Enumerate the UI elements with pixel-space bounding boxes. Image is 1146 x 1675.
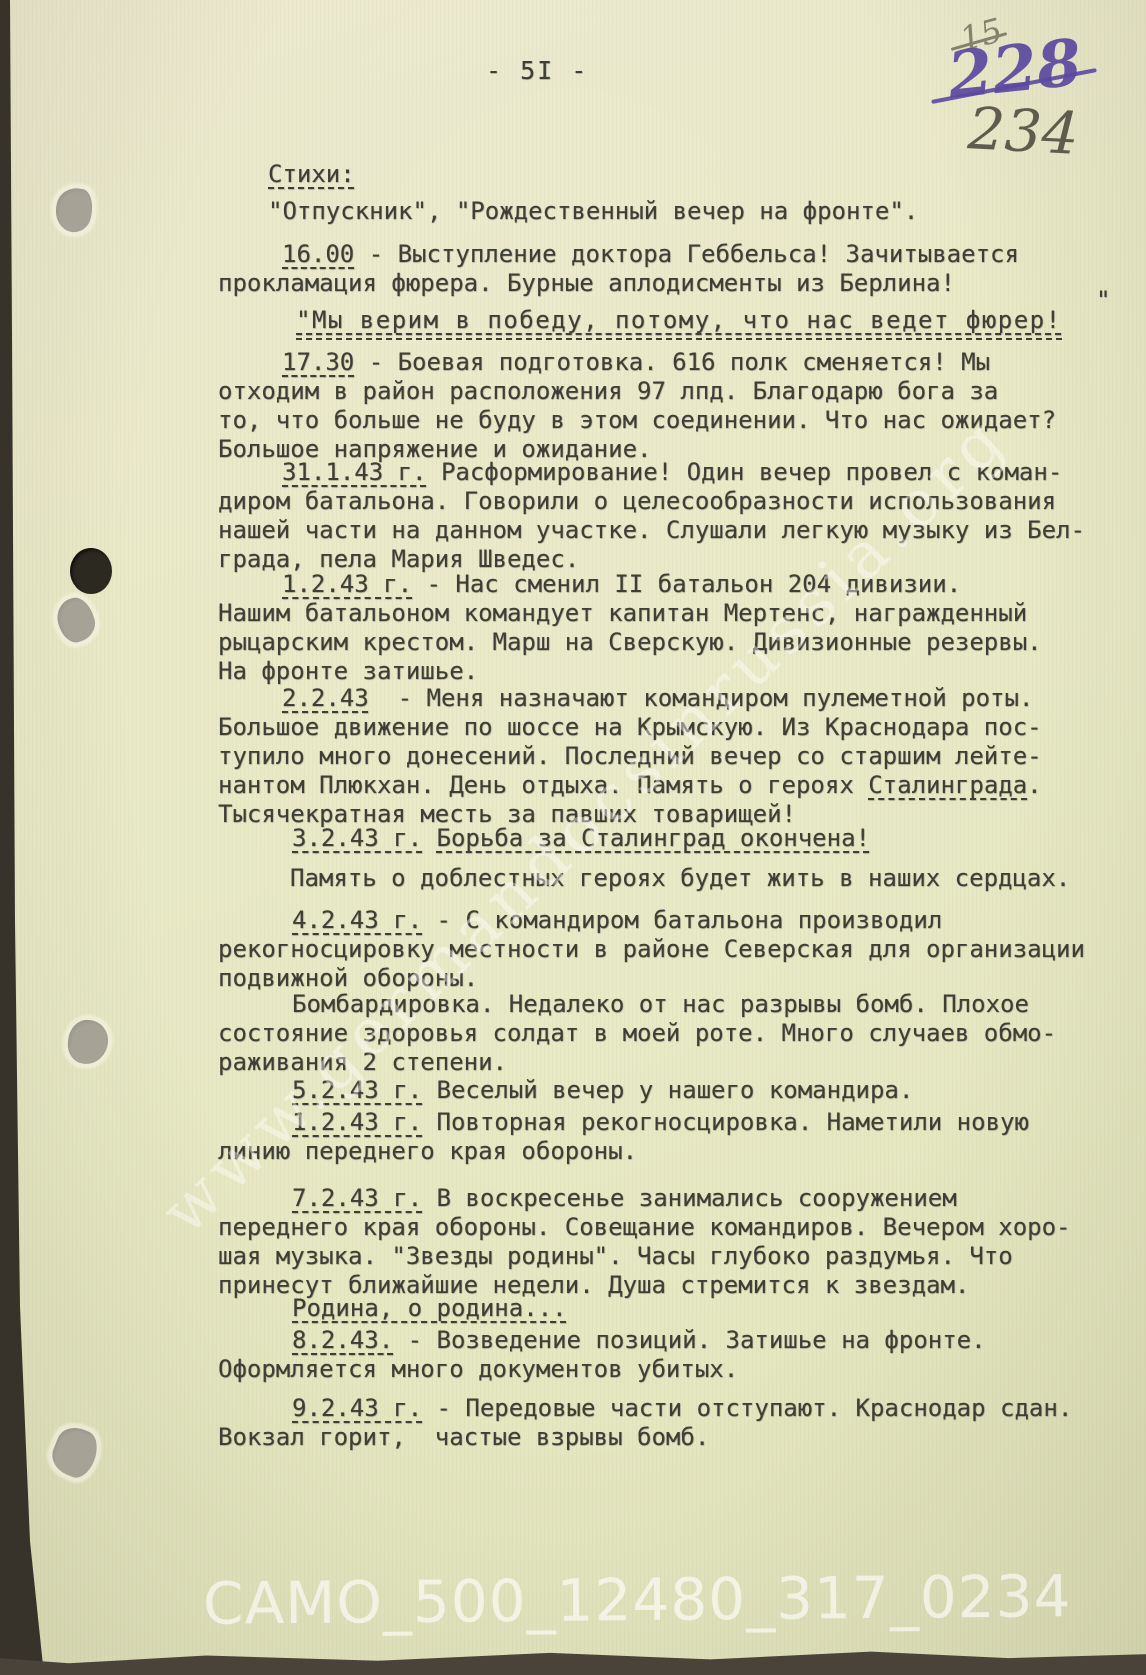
entry-4-2-43: 4.2.43 г. - С командиром батальона произ… <box>218 906 1118 993</box>
line-poem-titles: "Отпускник", "Рождественный вечер на фро… <box>268 197 1146 226</box>
underlined-text: 2.2.43 <box>282 684 369 712</box>
line-memory: Память о доблестных героях будет жить в … <box>290 864 1146 893</box>
underlined-text: Сталинграда <box>868 771 1027 799</box>
underlined-text: 1.2.43 г. <box>292 1108 422 1136</box>
typewritten-text-layer: - 5I -Стихи:"Отпускник", "Рождественный … <box>0 0 1146 1675</box>
underlined-text: Борьба за Сталинград окончена! <box>437 824 870 852</box>
entry-1-2-43: 1.2.43 г. - Нас сменил II батальон 204 д… <box>218 570 1118 686</box>
entry-6-2-43: 1.2.43 г. Повторная рекогносцировка. Нам… <box>218 1108 1118 1166</box>
entry-5-2-43: 5.2.43 г. Веселый вечер у нашего команди… <box>218 1076 1118 1105</box>
entry-3-2-43: 3.2.43 г. Борьба за Сталинград окончена! <box>218 824 1118 853</box>
handwritten-page-number: 234 <box>967 99 1081 163</box>
text-run: Память о доблестных героях будет жить в … <box>290 864 1070 892</box>
underlined-text: 17.30 <box>282 348 354 376</box>
text-run: - 5I - <box>486 56 588 85</box>
entry-31-1-43: 31.1.43 г. Расформирование! Один вечер п… <box>218 458 1118 574</box>
entry-9-2-43: 9.2.43 г. - Передовые части отступают. К… <box>218 1394 1118 1452</box>
entry-7-2-43: 7.2.43 г. В воскресенье занимались соору… <box>218 1184 1118 1300</box>
underlined-text: "Мы верим в победу, потому, что нас веде… <box>296 306 1062 340</box>
underlined-text: Стихи: <box>268 160 355 188</box>
entry-bombardment: Бомбардировка. Недалеко от нас разрывы б… <box>218 990 1118 1077</box>
underlined-text: 7.2.43 г. <box>292 1184 422 1212</box>
slogan: "Мы верим в победу, потому, что нас веде… <box>296 306 1146 335</box>
underlined-text: 31.1.43 г. <box>282 458 427 486</box>
underlined-text: 3.2.43 г. <box>292 824 422 852</box>
text-run <box>422 824 436 852</box>
entry-16-00: 16.00 - Выступление доктора Геббельса! З… <box>218 240 1118 298</box>
underlined-text: Родина, о родина... <box>292 1294 567 1322</box>
text-run: Веселый вечер у нашего командира. <box>422 1076 913 1104</box>
heading-motherland: Родина, о родина... <box>292 1294 1146 1323</box>
underlined-text: 8.2.43. <box>292 1326 393 1354</box>
entry-8-2-43: 8.2.43. - Возведение позиций. Затишье на… <box>218 1326 1118 1384</box>
underlined-text: 1.2.43 г. <box>282 570 412 598</box>
scanned-document-page: - 5I -Стихи:"Отпускник", "Рождественный … <box>0 0 1146 1675</box>
underlined-text: 5.2.43 г. <box>292 1076 422 1104</box>
text-run: "Отпускник", "Рождественный вечер на фро… <box>268 197 918 225</box>
entry-17-30: 17.30 - Боевая подготовка. 616 полк смен… <box>218 348 1118 464</box>
entry-2-2-43: 2.2.43 - Меня назначают командиром пулем… <box>218 684 1118 829</box>
underlined-text: 16.00 <box>282 240 354 268</box>
underlined-text: 9.2.43 г. <box>292 1394 422 1422</box>
text-run: Бомбардировка. Недалеко от нас разрывы б… <box>218 990 1056 1076</box>
underlined-text: 4.2.43 г. <box>292 906 422 934</box>
